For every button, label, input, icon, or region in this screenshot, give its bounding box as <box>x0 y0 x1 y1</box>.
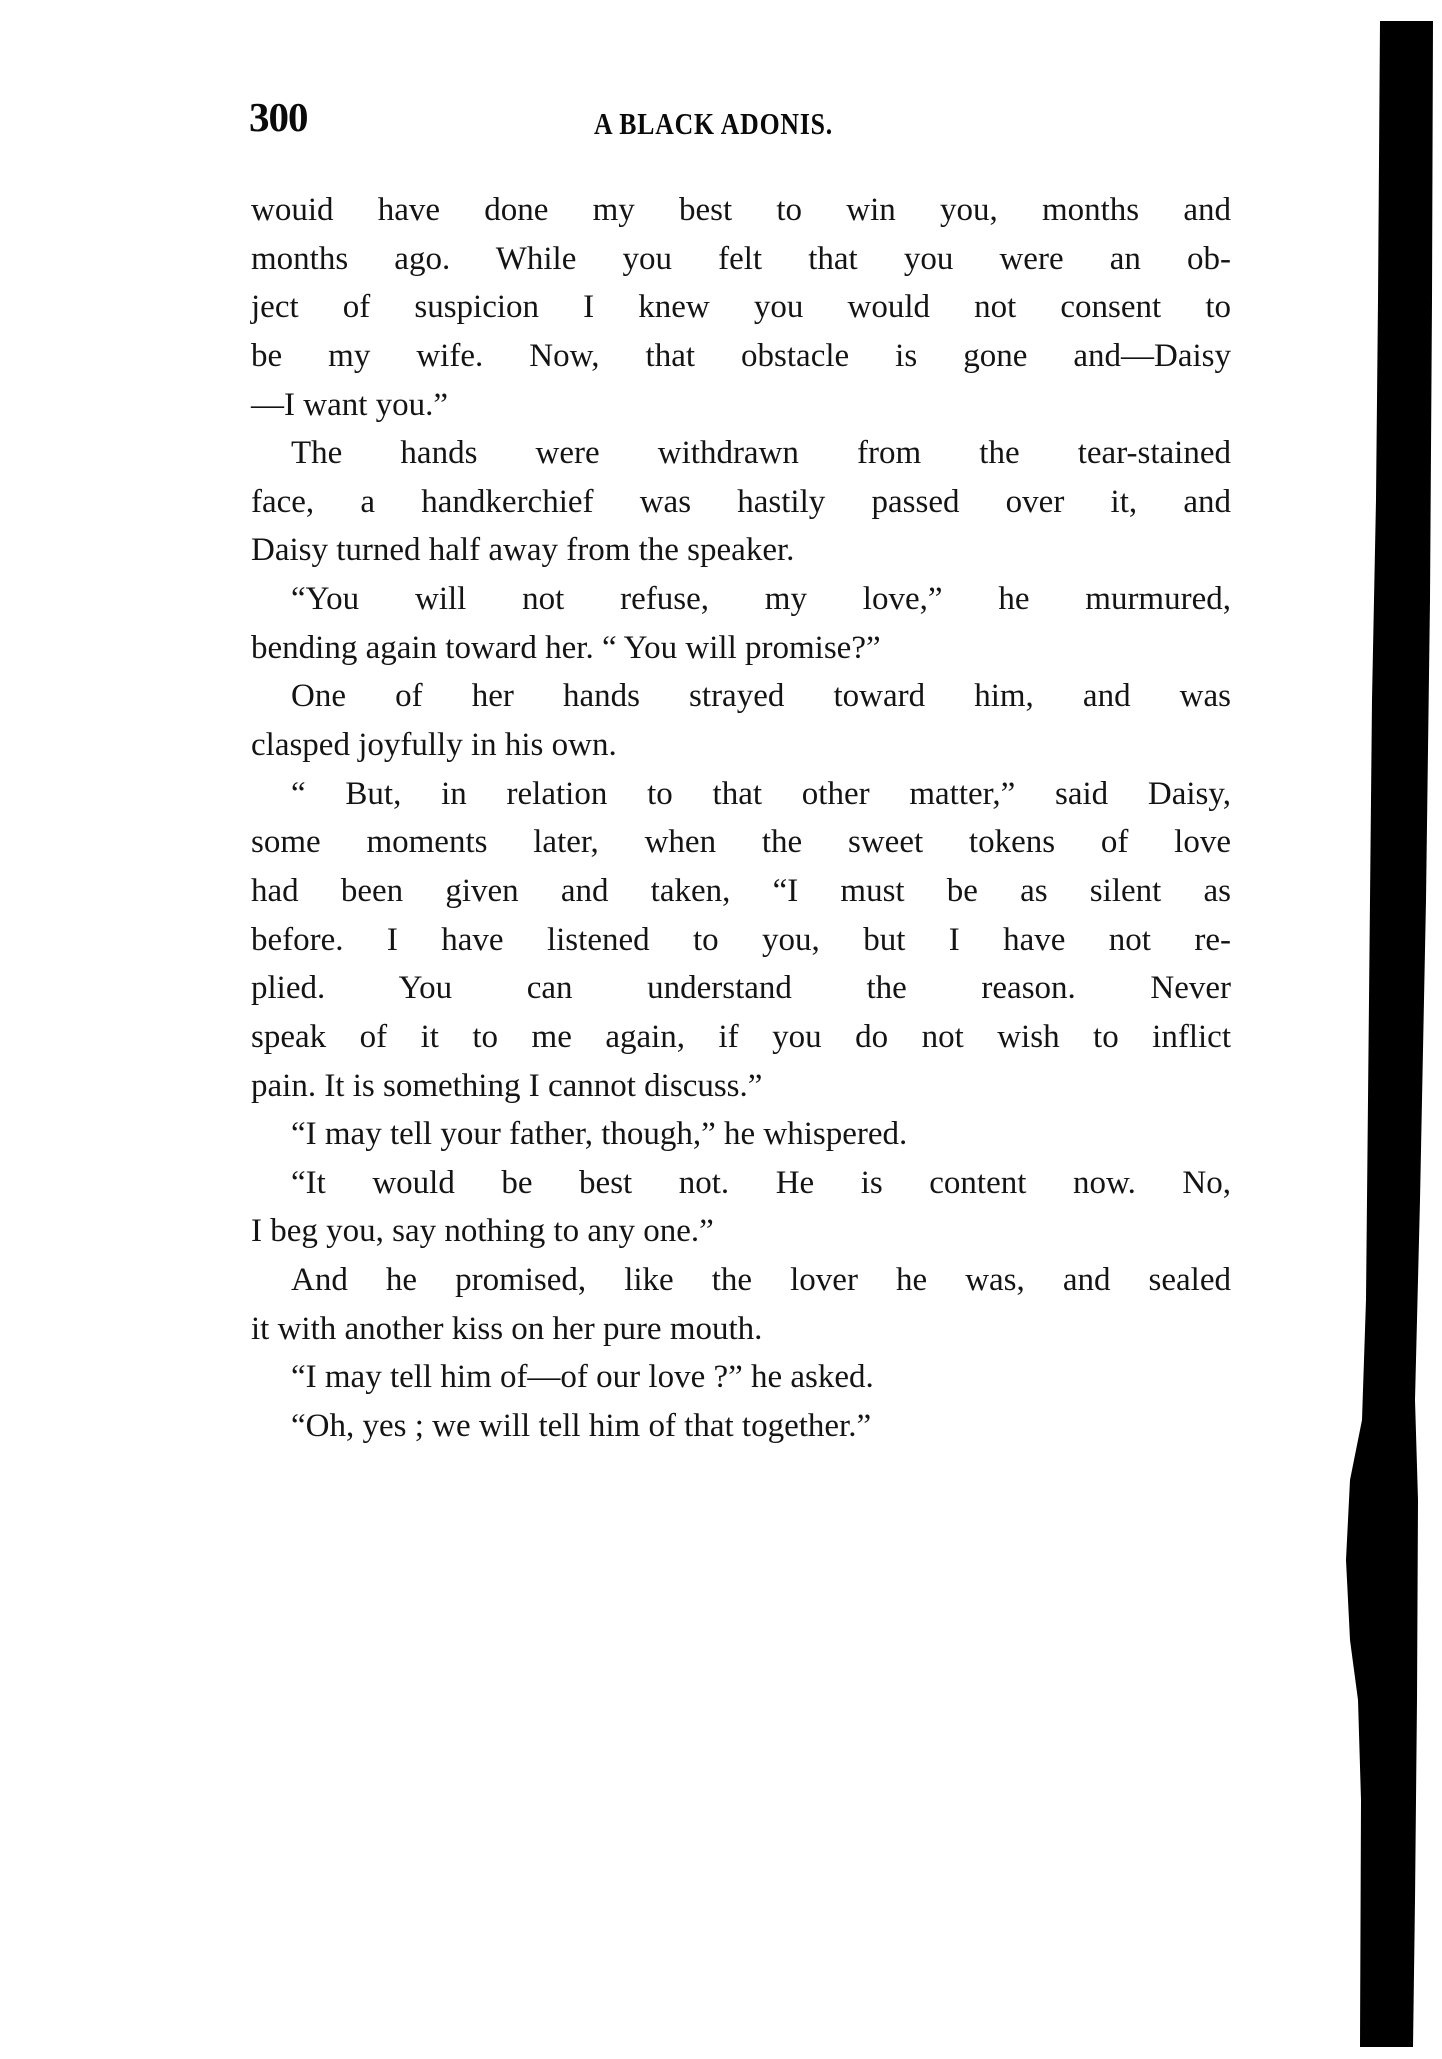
page-number: 300 <box>249 92 308 142</box>
text-line: “Oh, yes ; we will tell him of that toge… <box>251 1402 1231 1451</box>
text-line: face, a handkerchief was hastily passed … <box>251 478 1231 527</box>
text-line: “I may tell your father, though,” he whi… <box>251 1110 1231 1159</box>
text-line: The hands were withdrawn from the tear-s… <box>251 429 1231 478</box>
text-line: clasped joyfully in his own. <box>251 721 1231 770</box>
text-line: pain. It is something I cannot discuss.” <box>251 1062 1231 1111</box>
text-line: wouid have done my best to win you, mont… <box>251 186 1231 235</box>
text-line: “I may tell him of—of our love ?” he ask… <box>251 1353 1231 1402</box>
text-line: “ But, in relation to that other matter,… <box>251 770 1231 819</box>
text-line: before. I have listened to you, but I ha… <box>251 916 1231 965</box>
text-line: some moments later, when the sweet token… <box>251 818 1231 867</box>
text-line: bending again toward her. “ You will pro… <box>251 624 1231 673</box>
text-line: be my wife. Now, that obstacle is gone a… <box>251 332 1231 381</box>
text-line: And he promised, like the lover he was, … <box>251 1256 1231 1305</box>
text-line: I beg you, say nothing to any one.” <box>251 1207 1231 1256</box>
text-line: ject of suspicion I knew you would not c… <box>251 283 1231 332</box>
text-line: speak of it to me again, if you do not w… <box>251 1013 1231 1062</box>
text-line: months ago. While you felt that you were… <box>251 235 1231 284</box>
text-line: plied. You can understand the reason. Ne… <box>251 964 1231 1013</box>
text-line: Daisy turned half away from the speaker. <box>251 526 1231 575</box>
text-line: —I want you.” <box>251 381 1231 430</box>
text-line: “It would be best not. He is content now… <box>251 1159 1231 1208</box>
text-line: One of her hands strayed toward him, and… <box>251 672 1231 721</box>
text-line: “You will not refuse, my love,” he murmu… <box>251 575 1231 624</box>
page-body: wouid have done my best to win you, mont… <box>251 186 1231 1451</box>
text-line: it with another kiss on her pure mouth. <box>251 1305 1231 1354</box>
running-title: A Black Adonis. <box>594 104 833 144</box>
text-line: had been given and taken, “I must be as … <box>251 867 1231 916</box>
